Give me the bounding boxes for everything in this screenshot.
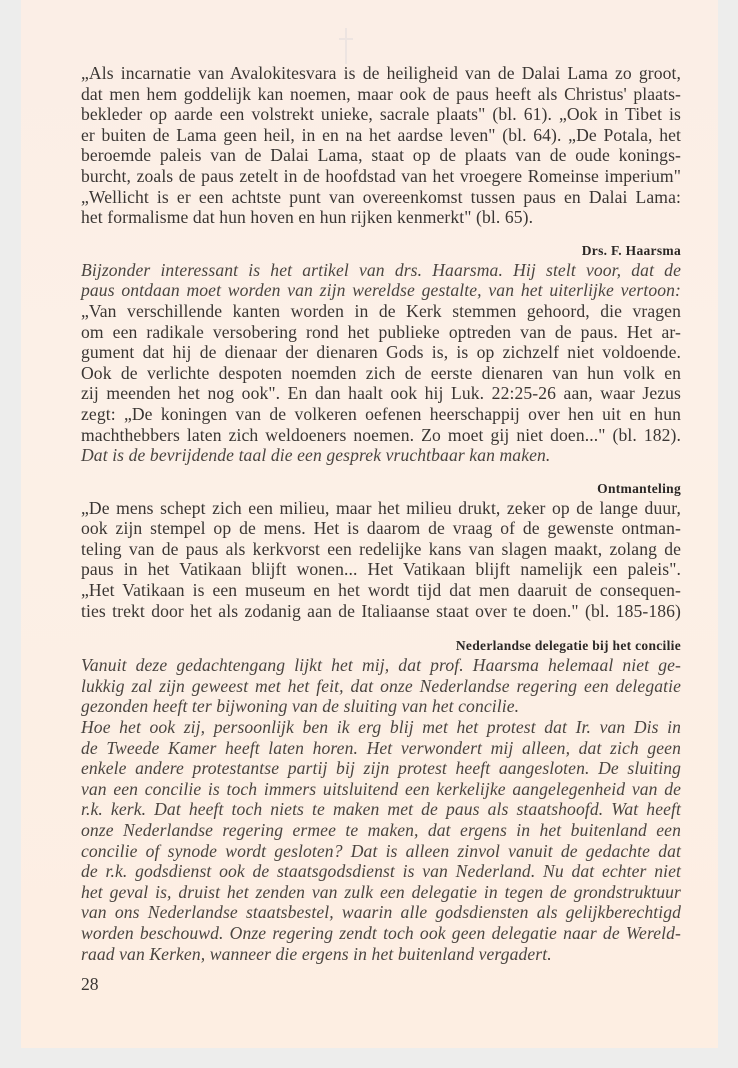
paragraph-quote-haarsma: „Van verschillende kanten worden in de K… — [81, 301, 681, 445]
text-line: de Tweede Kamer heeft laten horen. Het v… — [81, 738, 681, 759]
section-heading-ontmanteling: Ontmanteling — [81, 480, 681, 498]
text-line: het geval is, druist het zenden van zulk… — [81, 882, 681, 903]
text-line: worden beschouwd. Onze regering zendt to… — [81, 923, 681, 944]
text-line: de r.k. godsdienst ook de staatsgodsdien… — [81, 861, 681, 882]
text-line: concilie of synode wordt gesloten? Dat i… — [81, 841, 681, 862]
cross-watermark-icon — [339, 28, 353, 64]
text-line: zij meenden het nog ook". En dan haalt o… — [81, 383, 681, 404]
paragraph-conclusion-haarsma: Dat is de bevrijdende taal die een gespr… — [81, 445, 681, 466]
text-line: „Het Vatikaan is een museum en het wordt… — [81, 580, 681, 601]
text-line: r.k. kerk. Dat heeft toch niets te maken… — [81, 799, 681, 820]
text-column: „Als incarnatie van Avalokitesvara is de… — [81, 63, 681, 994]
text-line: Hoe het ook zij, persoonlijk ben ik erg … — [81, 717, 681, 738]
text-line: burcht, zoals de paus zetelt in de hoofd… — [81, 166, 681, 187]
text-line: dat men hem goddelijk kan noemen, maar o… — [81, 84, 681, 105]
text-line: Dat is de bevrijdende taal die een gespr… — [81, 445, 681, 466]
page-number: 28 — [81, 974, 681, 994]
section-heading-delegatie: Nederlandse delegatie bij het concilie — [81, 637, 681, 655]
text-line: Bijzonder interessant is het artikel van… — [81, 260, 681, 281]
text-line: „Als incarnatie van Avalokitesvara is de… — [81, 63, 681, 84]
text-line: het formalisme dat hun hoven en hun rijk… — [81, 207, 681, 228]
text-line: „De mens schept zich een milieu, maar he… — [81, 498, 681, 519]
text-line: „Van verschillende kanten worden in de K… — [81, 301, 681, 322]
text-line: Vanuit deze gedachtengang lijkt het mij,… — [81, 655, 681, 676]
text-line: teling van de paus als kerkvorst een red… — [81, 539, 681, 560]
paragraph-intro-haarsma: Bijzonder interessant is het artikel van… — [81, 260, 681, 301]
book-page: „Als incarnatie van Avalokitesvara is de… — [21, 0, 718, 1048]
text-line: lukkig zal zijn geweest met het feit, da… — [81, 676, 681, 697]
paragraph-ontmanteling: „De mens schept zich een milieu, maar he… — [81, 498, 681, 622]
text-line: „Wellicht is er een achtste punt van ove… — [81, 187, 681, 208]
text-line: zegt: „De koningen van de volkeren oefen… — [81, 404, 681, 425]
section-heading-haarsma: Drs. F. Haarsma — [81, 242, 681, 260]
text-line: gezonden heeft ter bijwoning van de slui… — [81, 696, 681, 717]
text-line: enkele andere protestantse partij bij zi… — [81, 758, 681, 779]
text-line: paus in het Vatikaan blijft wonen... Het… — [81, 559, 681, 580]
text-line: er buiten de Lama geen heil, in en na he… — [81, 125, 681, 146]
text-line: gument dat hij de dienaar der dienaren G… — [81, 342, 681, 363]
text-line: raad van Kerken, wanneer die ergens in h… — [81, 944, 681, 965]
text-line: bekleder op aarde een volstrekt unieke, … — [81, 104, 681, 125]
paragraph-delegatie-intro: Vanuit deze gedachtengang lijkt het mij,… — [81, 655, 681, 717]
text-line: machthebbers laten zich weldoeners noeme… — [81, 425, 681, 446]
text-line: van een concilie is toch immers uitsluit… — [81, 779, 681, 800]
paragraph-quotes-dalai-lama: „Als incarnatie van Avalokitesvara is de… — [81, 63, 681, 228]
text-line: van ons Nederlandse staatsbestel, waarin… — [81, 902, 681, 923]
text-line: onze Nederlandse regering ermee te maken… — [81, 820, 681, 841]
text-line: Ook de verlichte despoten noemden zich d… — [81, 363, 681, 384]
text-line: ook zijn stempel op de mens. Het is daar… — [81, 518, 681, 539]
text-line: beroemde paleis van de Dalai Lama, staat… — [81, 145, 681, 166]
text-line: ties trekt door het als zodanig aan de I… — [81, 601, 681, 622]
text-line: om een radikale versobering rond het pub… — [81, 322, 681, 343]
paragraph-delegatie-protest: Hoe het ook zij, persoonlijk ben ik erg … — [81, 717, 681, 964]
text-line: paus ontdaan moet worden van zijn wereld… — [81, 280, 681, 301]
